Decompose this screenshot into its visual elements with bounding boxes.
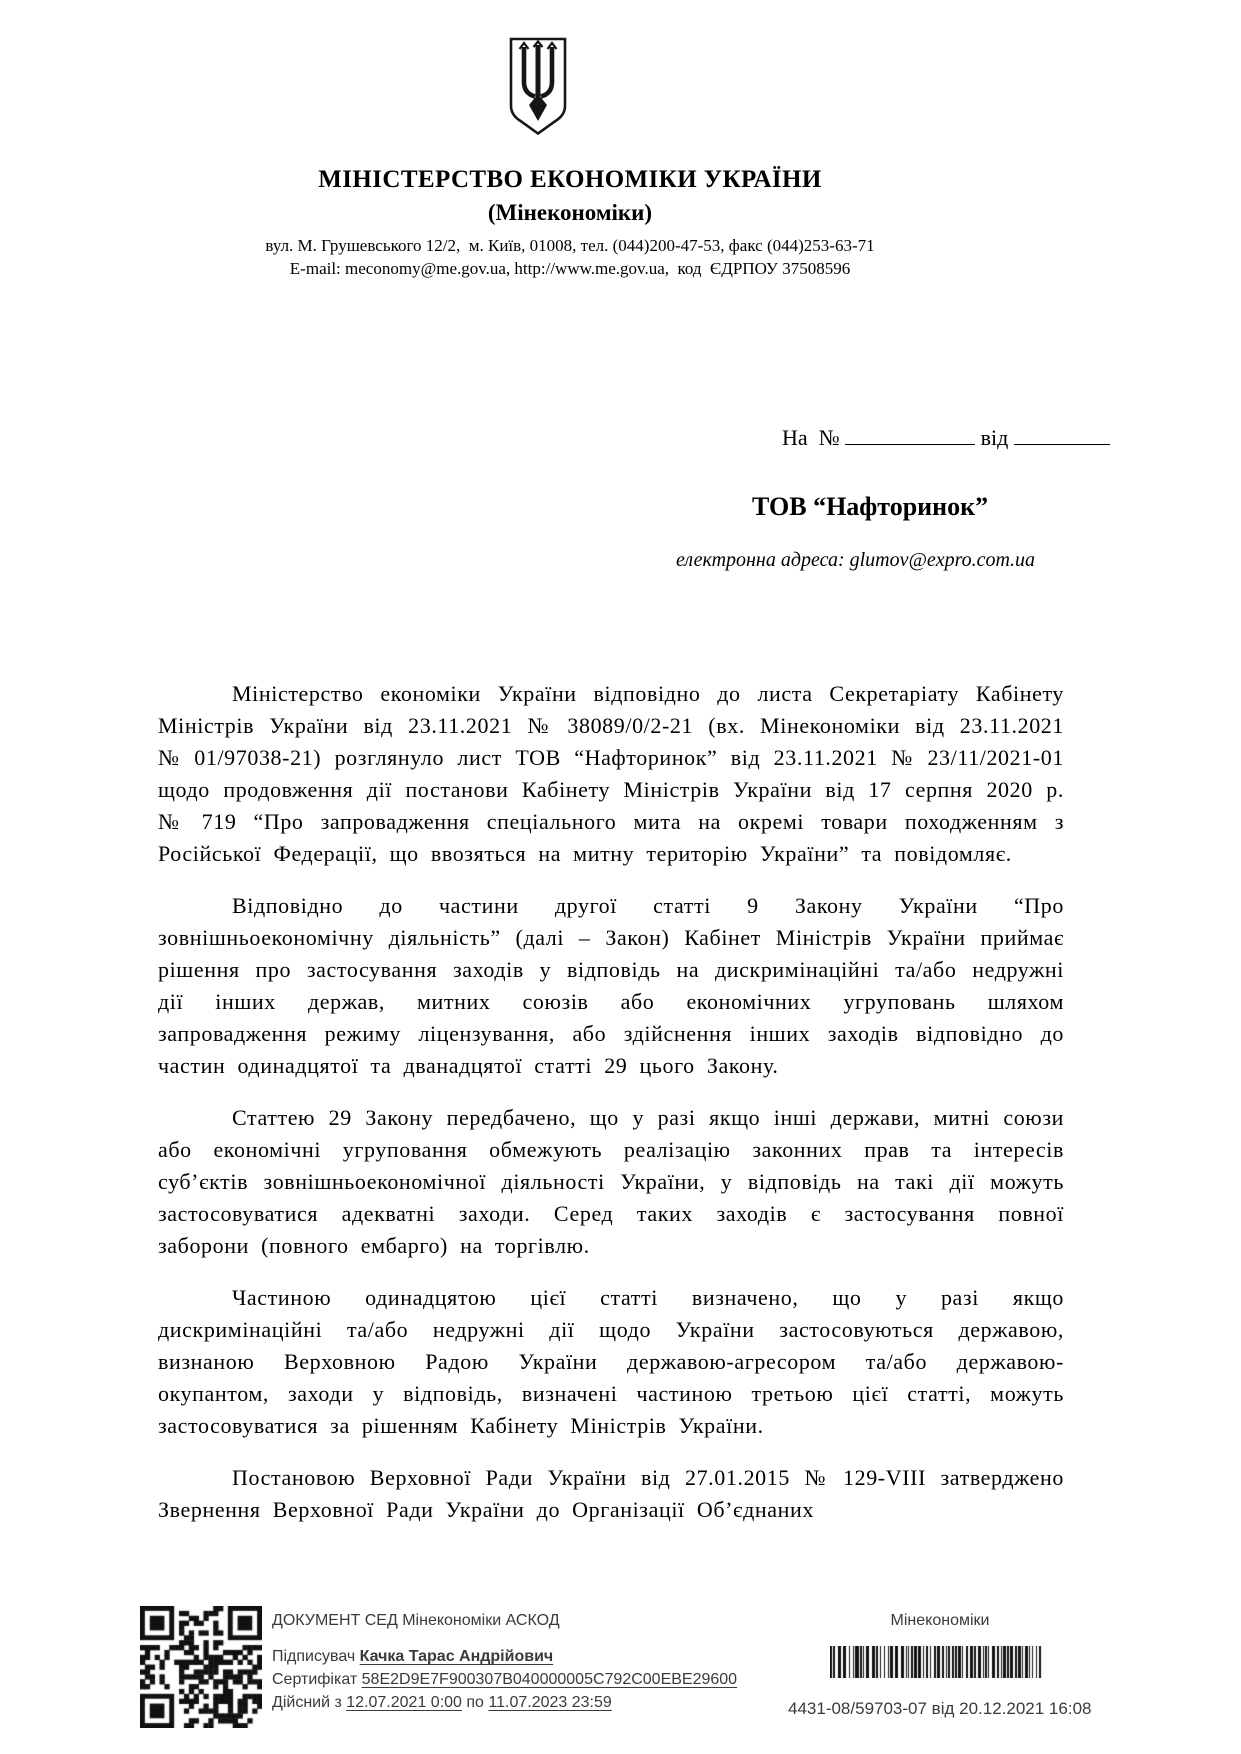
validity-conjunction: по — [462, 1694, 488, 1711]
ministry-contact-line: E-mail: meconomy@me.gov.ua, http://www.m… — [0, 259, 1140, 279]
body-paragraph-5: Постановою Верховної Ради України від 27… — [158, 1462, 1064, 1526]
reference-number-blank — [845, 423, 975, 445]
certificate-line: Сертифікат 58E2D9E7F900307B040000005C792… — [272, 1668, 737, 1691]
certificate-label: Сертифікат — [272, 1671, 362, 1688]
letter-page: МІНІСТЕРСТВО ЕКОНОМІКИ УКРАЇНИ (Мінеконо… — [0, 0, 1241, 1754]
barcode — [830, 1646, 1045, 1678]
recipient-name: ТОВ “Нафторинок” — [752, 492, 988, 522]
signer-name: Качка Тарас Андрійович — [360, 1648, 554, 1665]
body-paragraph-3: Статтею 29 Закону передбачено, що у разі… — [158, 1102, 1064, 1262]
registration-number-line: 4431-08/59703-07 від 20.12.2021 16:08 — [788, 1699, 1091, 1719]
reference-line: На № від — [760, 397, 1110, 477]
valid-from-date: 12.07.2021 0:00 — [346, 1694, 462, 1711]
body-paragraph-4: Частиною одинадцятою цієї статті визначе… — [158, 1282, 1064, 1442]
sed-system-line: ДОКУМЕНТ СЕД Мінекономіки АСКОД — [272, 1609, 737, 1632]
body-paragraph-2: Відповідно до частини другої статті 9 За… — [158, 890, 1064, 1082]
letter-body: Міністерство економіки України відповідн… — [158, 678, 1064, 1526]
ministry-short-name: (Мінекономіки) — [0, 200, 1140, 226]
ministry-address-line: вул. М. Грушевського 12/2, м. Київ, 0100… — [0, 236, 1140, 256]
signature-stamp-block: ДОКУМЕНТ СЕД Мінекономіки АСКОД Підписув… — [272, 1609, 737, 1714]
ukraine-trident-emblem-icon — [507, 36, 569, 139]
qr-code — [140, 1606, 262, 1728]
ministry-name: МІНІСТЕРСТВО ЕКОНОМІКИ УКРАЇНИ — [0, 166, 1140, 194]
signer-line: Підписувач Качка Тарас Андрійович — [272, 1645, 737, 1668]
registration-org-label: Мінекономіки — [800, 1612, 1080, 1630]
reference-prefix: На № — [782, 425, 845, 450]
recipient-email-line: електронна адреса: glumov@expro.com.ua — [676, 549, 1035, 572]
reference-separator: від — [975, 425, 1014, 450]
certificate-number: 58E2D9E7F900307B040000005C792C00EBE29600 — [362, 1671, 737, 1688]
body-paragraph-1: Міністерство економіки України відповідн… — [158, 678, 1064, 870]
reference-date-blank — [1014, 423, 1110, 445]
valid-to-date: 11.07.2023 23:59 — [488, 1694, 611, 1711]
validity-prefix: Дійсний з — [272, 1694, 346, 1711]
validity-line: Дійсний з 12.07.2021 0:00 по 11.07.2023 … — [272, 1691, 737, 1714]
signer-label: Підписувач — [272, 1648, 360, 1665]
